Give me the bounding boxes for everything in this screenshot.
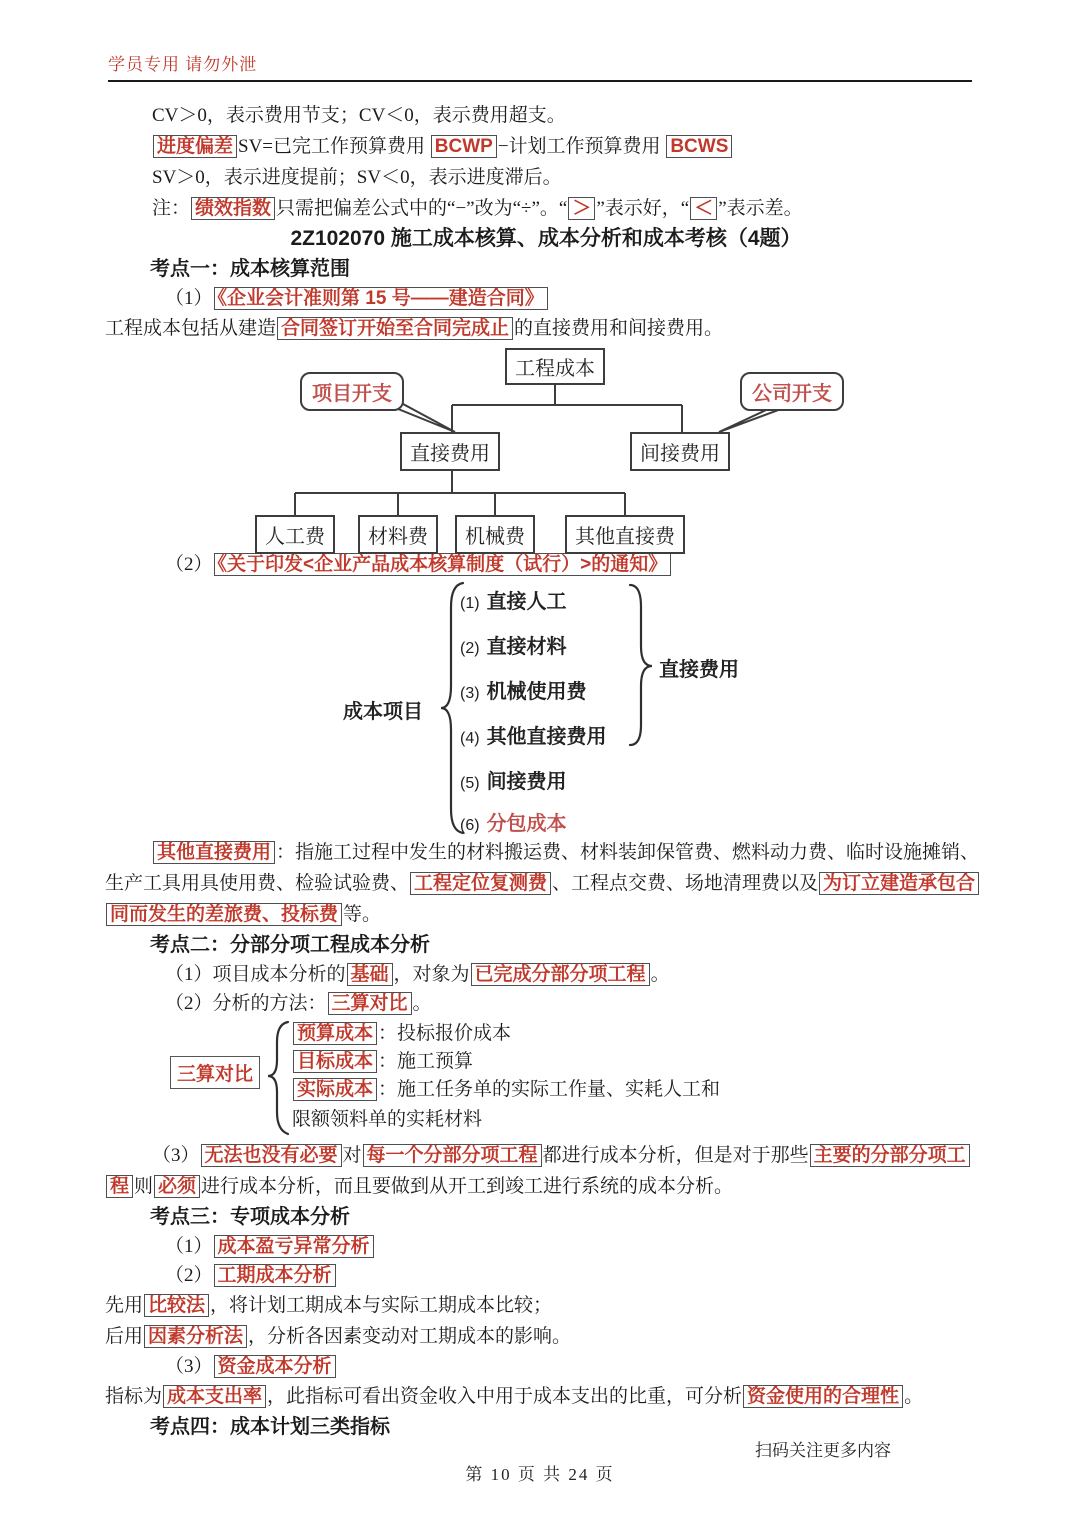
kp3-item-3: （3）资金成本分析	[105, 1352, 987, 1381]
sv-explanation-line: SV＞0，表示进度提前；SV＜0，表示进度滞后。	[105, 162, 987, 193]
highlight-box: 进度偏差	[153, 135, 237, 158]
actual-cost-row-cont: 限额领料单的实耗材料	[292, 1106, 482, 1134]
keypoint-1-heading: 考点一：成本核算范围	[105, 255, 987, 283]
highlight-box: 合同签订开始至合同完成止	[277, 317, 513, 340]
text-run: ：施工任务单的实际工作量、实耗人工和	[378, 1079, 720, 1100]
highlight-box: 资金使用的合理性	[743, 1385, 903, 1408]
highlight-box: 绩效指数	[191, 197, 275, 220]
brace-strokes	[105, 581, 987, 837]
text-run: 指标为	[105, 1386, 162, 1407]
highlight-box: BCWS	[666, 135, 732, 158]
highlight-box: 已完成分部分项工程	[471, 963, 650, 986]
org-node-other-direct-cost: 其他直接费	[565, 515, 685, 554]
org-node-direct-cost: 直接费用	[400, 432, 500, 471]
sv-formula-line: 进度偏差SV=已完工作预算费用 BCWP−计划工作预算费用 BCWS	[105, 131, 987, 162]
highlight-box: 成本支出率	[163, 1385, 266, 1408]
text-run: ：投标报价成本	[378, 1023, 511, 1044]
direct-cost-group-label: 直接费用	[659, 653, 739, 682]
text-run: （1）	[165, 1236, 213, 1257]
highlight-box: 目标成本	[293, 1050, 377, 1073]
cost-item-6: (6)分包成本	[460, 807, 567, 836]
text-run: 只需把偏差公式中的“−”改为“÷”。“	[276, 198, 567, 219]
highlight-box: BCWP	[431, 135, 497, 158]
cost-expenditure-line: 指标为成本支出率，此指标可看出资金收入中用于成本支出的比重，可分析资金使用的合理…	[105, 1381, 987, 1412]
text-run: 进行成本分析，而且要做到从开工到竣工进行系统的成本分析。	[201, 1176, 733, 1197]
text-run: （1）	[165, 288, 213, 309]
text-run: SV=已完工作预算费用	[238, 136, 430, 157]
kp3-item-2: （2）工期成本分析	[105, 1261, 987, 1290]
text-run: −计划工作预算费用	[498, 136, 665, 157]
target-cost-row: 目标成本：施工预算	[292, 1048, 473, 1076]
org-node-labor-cost: 人工费	[255, 515, 335, 554]
text-run: （2）分析的方法：	[165, 993, 327, 1014]
kp2-item-3-paragraph: （3）无法也没有必要对每一个分部分项工程都进行成本分析，但是对于那些主要的分部分…	[105, 1140, 987, 1202]
org-node-root: 工程成本	[505, 348, 605, 385]
budget-cost-row: 预算成本：投标报价成本	[292, 1020, 511, 1048]
cost-item-1: (1)直接人工	[460, 585, 567, 614]
document-page: 学员专用 请勿外泄 CV＞0，表示费用节支；CV＜0，表示费用超支。 进度偏差S…	[0, 0, 1080, 1520]
document-body: CV＞0，表示费用节支；CV＜0，表示费用超支。 进度偏差SV=已完工作预算费用…	[105, 100, 987, 1442]
text-run: ”表示好，“	[596, 198, 689, 219]
kp2-item-1: （1）项目成本分析的基础，对象为已完成分部分项工程。	[105, 960, 987, 989]
org-node-machinery-cost: 机械费	[455, 515, 535, 554]
highlight-box: 预算成本	[293, 1022, 377, 1045]
cost-item-5: (5)间接费用	[460, 765, 567, 794]
text-run: （2）	[165, 554, 213, 575]
kp1-paragraph: 工程成本包括从建造合同签订开始至合同完成止的直接费用和间接费用。	[105, 313, 987, 344]
cost-item-number: (5)	[460, 775, 480, 792]
highlight-box: 成本盈亏异常分析	[214, 1235, 374, 1258]
text-run: 。	[651, 964, 670, 985]
highlight-box: ＜	[690, 197, 717, 220]
text-run: 后用	[105, 1326, 143, 1347]
cost-item-text: 其他直接费用	[487, 726, 607, 748]
text-run: 先用	[105, 1295, 143, 1316]
highlight-box: 工期成本分析	[214, 1264, 336, 1287]
cost-item-2: (2)直接材料	[460, 630, 567, 659]
note-line: 注：绩效指数只需把偏差公式中的“−”改为“÷”。“＞”表示好，“＜”表示差。	[105, 193, 987, 224]
highlight-box: 实际成本	[293, 1078, 377, 1101]
text-run: 限额领料单的实耗材料	[292, 1109, 482, 1130]
highlight-box: 《企业会计准则第 15 号——建造合同》	[214, 287, 548, 310]
text-run: 、工程点交费、场地清理费以及	[552, 873, 818, 894]
three-calc-comparison-chart: 三算对比 预算成本：投标报价成本 目标成本：施工预算 实际成本：施工任务单的实际…	[170, 1020, 987, 1138]
three-calc-label: 三算对比	[170, 1056, 260, 1089]
text-run: 则	[134, 1176, 153, 1197]
cost-item-text: 间接费用	[487, 771, 567, 793]
text-run: ：施工预算	[378, 1051, 473, 1072]
text-run: ，此指标可看出资金收入中用于成本支出的比重，可分析	[267, 1386, 742, 1407]
cost-item-number: (3)	[460, 685, 480, 702]
keypoint-2-heading: 考点二：分部分项工程成本分析	[105, 931, 987, 959]
highlight-box: ＞	[568, 197, 595, 220]
comparison-method-line: 先用比较法，将计划工期成本与实际工期成本比较；	[105, 1290, 987, 1321]
factor-analysis-line: 后用因素分析法，分析各因素变动对工期成本的影响。	[105, 1321, 987, 1352]
cost-item-number: (1)	[460, 595, 480, 612]
highlight-box: 无法也没有必要	[201, 1144, 342, 1167]
text-run: ”表示差。	[718, 198, 802, 219]
cost-item-number: (6)	[460, 817, 480, 834]
qr-note: 扫码关注更多内容	[755, 1436, 891, 1461]
text-run: （1）项目成本分析的	[165, 964, 346, 985]
highlight-box: 工程定位复测费	[410, 872, 551, 895]
cost-item-text: 机械使用费	[487, 681, 587, 703]
cost-structure-orgchart: 工程成本 项目开支 公司开支 直接费用 间接费用 人工费 材料费 机械费 其他直…	[105, 348, 987, 548]
cost-item-text: 直接人工	[487, 591, 567, 613]
highlight-box: 每一个分部分项工程	[363, 1144, 542, 1167]
kp3-item-1: （1）成本盈亏异常分析	[105, 1232, 987, 1261]
org-node-indirect-cost: 间接费用	[630, 432, 730, 471]
cost-item-3: (3)机械使用费	[460, 675, 587, 704]
text-run: ，分析各因素变动对工期成本的影响。	[248, 1326, 571, 1347]
highlight-box: 资金成本分析	[214, 1355, 336, 1378]
highlight-box: 因素分析法	[144, 1325, 247, 1348]
text-run: ，将计划工期成本与实际工期成本比较；	[210, 1295, 552, 1316]
kp1-item-2: （2）《关于印发<企业产品成本核算制度（试行）>的通知》	[105, 550, 987, 579]
cost-item-4: (4)其他直接费用	[460, 720, 607, 749]
kp1-item-1: （1）《企业会计准则第 15 号——建造合同》	[105, 284, 987, 313]
section-title: 2Z102070 施工成本核算、成本分析和成本考核（4题）	[105, 224, 987, 254]
keypoint-3-heading: 考点三：专项成本分析	[105, 1203, 987, 1231]
text-run: （3）	[165, 1356, 213, 1377]
text-run: 。	[904, 1386, 923, 1407]
text-run: （3）	[152, 1145, 200, 1166]
cost-item-text: 直接材料	[487, 636, 567, 658]
text-run: 的直接费用和间接费用。	[514, 318, 723, 339]
other-direct-cost-paragraph: 其他直接费用：指施工过程中发生的材料搬运费、材料装卸保管费、燃料动力费、临时设施…	[105, 837, 987, 930]
cost-item-number: (4)	[460, 730, 480, 747]
cv-explanation-line: CV＞0，表示费用节支；CV＜0，表示费用超支。	[105, 100, 987, 131]
text-run: 对	[343, 1145, 362, 1166]
text-run: ，对象为	[394, 964, 470, 985]
org-bubble-company-expense: 公司开支	[740, 372, 844, 411]
cost-item-number: (2)	[460, 640, 480, 657]
org-bubble-project-expense: 项目开支	[300, 372, 404, 411]
text-run: 。	[413, 993, 432, 1014]
page-number: 第 10 页 共 24 页	[0, 1460, 1080, 1485]
cost-items-label: 成本项目	[343, 695, 423, 724]
confidential-header: 学员专用 请勿外泄	[108, 50, 257, 75]
org-node-material-cost: 材料费	[358, 515, 438, 554]
text-run: （2）	[165, 1265, 213, 1286]
highlight-box: 比较法	[144, 1294, 209, 1317]
kp2-item-2: （2）分析的方法：三算对比。	[105, 989, 987, 1018]
highlight-box: 其他直接费用	[153, 841, 275, 864]
highlight-box: 基础	[347, 963, 393, 986]
text-run: 注：	[152, 198, 190, 219]
highlight-box: 三算对比	[328, 992, 412, 1015]
header-divider	[108, 80, 972, 82]
highlight-box: 《关于印发<企业产品成本核算制度（试行）>的通知》	[214, 553, 672, 576]
actual-cost-row: 实际成本：施工任务单的实际工作量、实耗人工和	[292, 1076, 720, 1104]
text-run: 都进行成本分析，但是对于那些	[543, 1145, 809, 1166]
text-run: 工程成本包括从建造	[105, 318, 276, 339]
text-run: 等。	[343, 904, 381, 925]
cost-items-brace-chart: 成本项目 直接费用 (1)直接人工 (2)直接材料 (3)机械使用费 (4)其他…	[105, 581, 987, 837]
highlight-box: 必须	[154, 1175, 200, 1198]
cost-item-text: 分包成本	[487, 813, 567, 835]
